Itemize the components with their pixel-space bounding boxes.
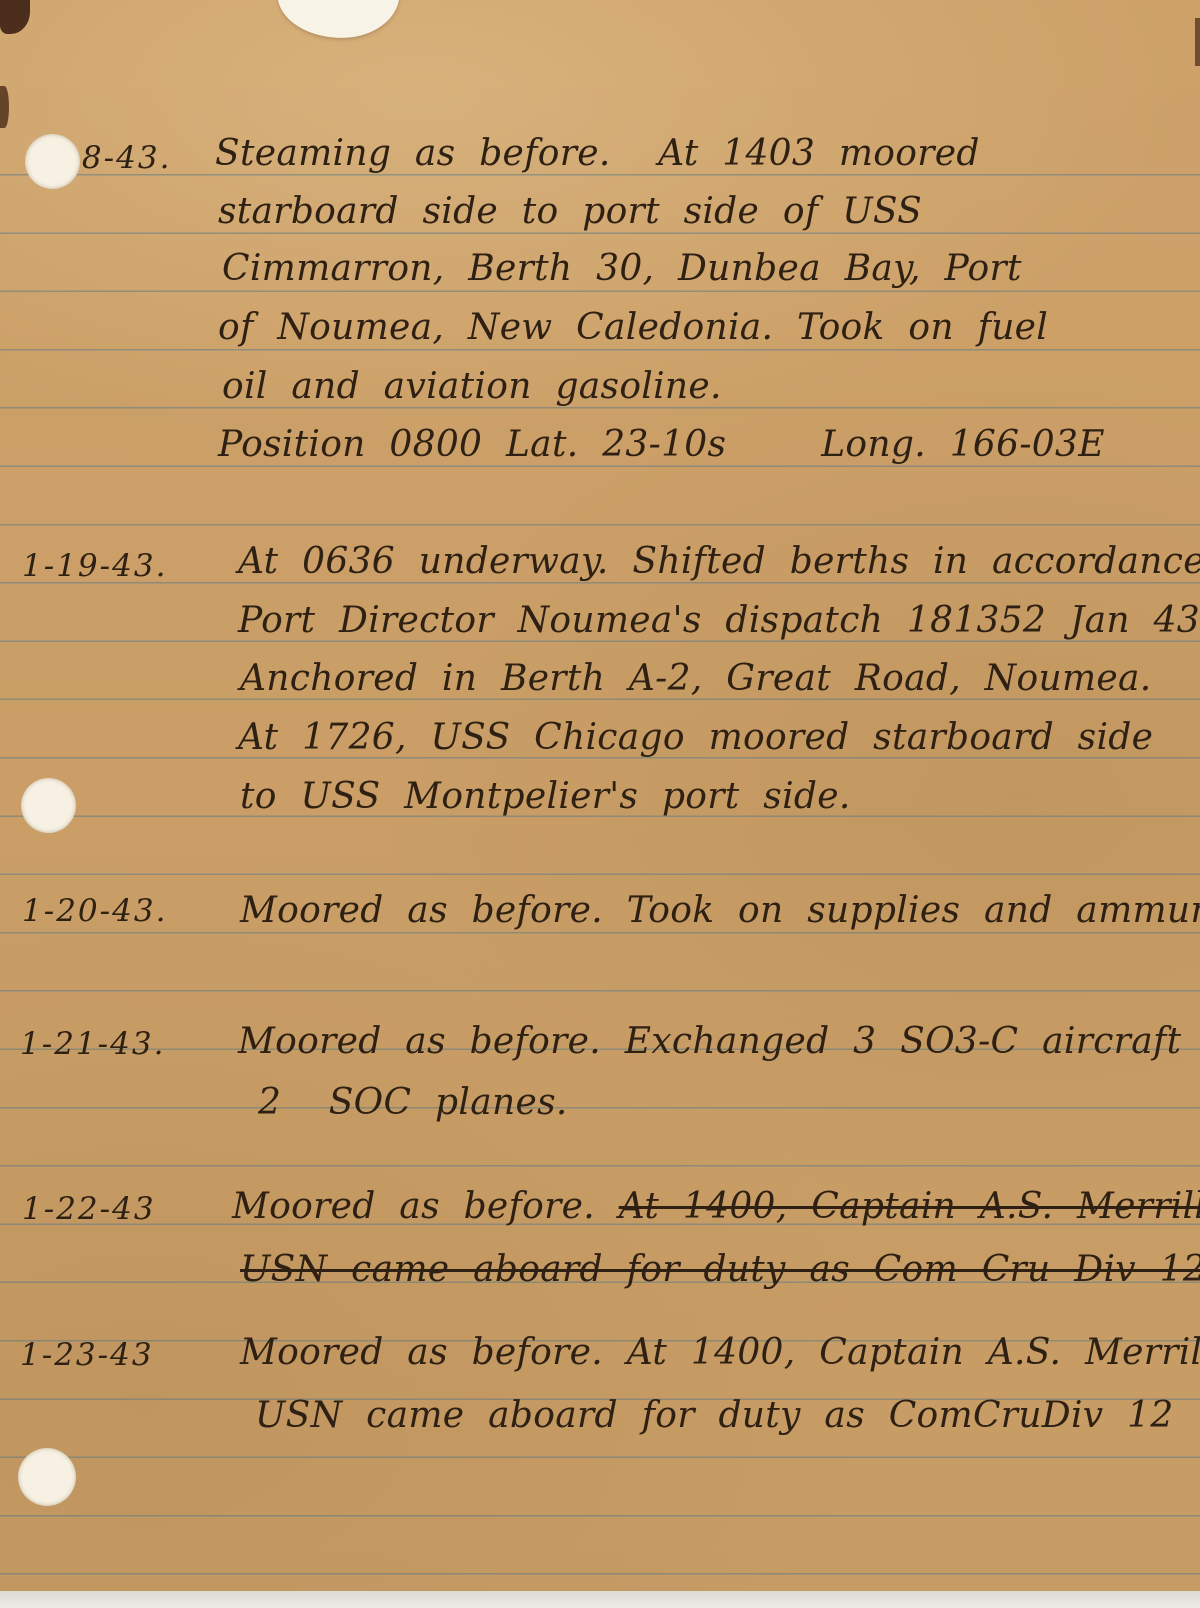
text-segment: Moored as before. Took on supplies and a… xyxy=(240,890,1200,931)
scan-backing xyxy=(0,1591,1200,1608)
entry-line: USN came aboard for duty as ComCruDiv 12 xyxy=(255,1395,1174,1436)
entry-line: to USS Montpelier's port side. xyxy=(240,776,851,817)
entry-date: 1-20-43. xyxy=(22,893,167,929)
entry-line: of Noumea, New Caledonia. Took on fuel xyxy=(218,307,1048,348)
text-segment: starboard side to port side of USS xyxy=(218,191,922,232)
entry-line: oil and aviation gasoline. xyxy=(222,366,722,407)
entry-date: 1-23-43 xyxy=(20,1337,154,1373)
entry-line: Anchored in Berth A-2, Great Road, Noume… xyxy=(240,658,1152,699)
text-segment: Cimmarron, Berth 30, Dunbea Bay, Port xyxy=(222,248,1022,289)
struck-text-segment: USN came aboard for duty as Com Cru Div … xyxy=(240,1249,1200,1290)
struck-text-segment: At 1400, Captain A.S. Merrill xyxy=(619,1186,1200,1227)
text-segment: At 0636 underway. Shifted berths in acco… xyxy=(238,541,1200,582)
torn-notch xyxy=(277,0,401,40)
entry-date: 1-19-43. xyxy=(22,548,167,584)
text-segment: to USS Montpelier's port side. xyxy=(240,776,851,817)
entry-date: 1-22-43 xyxy=(22,1191,156,1227)
hole-punch-top xyxy=(25,134,80,189)
entry-line: Position 0800 Lat. 23-10s Long. 166-03E xyxy=(218,424,1105,465)
entry-line: Moored as before. At 1400, Captain A.S. … xyxy=(240,1332,1200,1373)
entry-date: 1-21-43. xyxy=(20,1026,165,1062)
text-segment: Anchored in Berth A-2, Great Road, Noume… xyxy=(240,658,1152,699)
text-segment: Position 0800 Lat. 23-10s Long. 166-03E xyxy=(218,424,1105,465)
text-segment: Steaming as before. At 1403 moored xyxy=(215,133,980,174)
scanned-log-page: 1-18-43.Steaming as before. At 1403 moor… xyxy=(0,0,1200,1608)
text-segment: Port Director Noumea's dispatch 181352 J… xyxy=(238,600,1200,641)
entry-line: USN came aboard for duty as Com Cru Div … xyxy=(240,1249,1200,1290)
entry-line: Port Director Noumea's dispatch 181352 J… xyxy=(238,600,1200,641)
entry-line: 2 SOC planes. xyxy=(258,1082,568,1123)
entry-line: At 1726, USS Chicago moored starboard si… xyxy=(238,717,1153,758)
entry-line: Moored as before. Took on supplies and a… xyxy=(240,890,1200,931)
text-segment: of Noumea, New Caledonia. Took on fuel xyxy=(218,307,1048,348)
right-edge-mark xyxy=(1195,18,1200,66)
text-segment: 2 SOC planes. xyxy=(258,1082,568,1123)
left-edge-mark xyxy=(0,86,9,128)
corner-stain xyxy=(0,0,30,34)
entry-line: Moored as before. Exchanged 3 SO3-C airc… xyxy=(238,1021,1200,1062)
text-segment: USN came aboard for duty as ComCruDiv 12 xyxy=(255,1395,1174,1436)
entry-line: Steaming as before. At 1403 moored xyxy=(215,133,980,174)
text-segment: Moored as before. Exchanged 3 SO3-C airc… xyxy=(238,1021,1200,1062)
hole-punch-bottom xyxy=(18,1448,76,1506)
text-segment: oil and aviation gasoline. xyxy=(222,366,722,407)
hole-punch-middle xyxy=(21,778,76,833)
entry-line: At 0636 underway. Shifted berths in acco… xyxy=(238,541,1200,582)
notebook-paper: 1-18-43.Steaming as before. At 1403 moor… xyxy=(0,0,1200,1591)
entry-line: starboard side to port side of USS xyxy=(218,191,922,232)
entry-line: Moored as before. At 1400, Captain A.S. … xyxy=(232,1186,1200,1227)
entry-line: Cimmarron, Berth 30, Dunbea Bay, Port xyxy=(222,248,1022,289)
text-segment: At 1726, USS Chicago moored starboard si… xyxy=(238,717,1153,758)
text-segment: Moored as before. At 1400, Captain A.S. … xyxy=(240,1332,1200,1373)
text-segment: Moored as before. xyxy=(232,1186,619,1227)
